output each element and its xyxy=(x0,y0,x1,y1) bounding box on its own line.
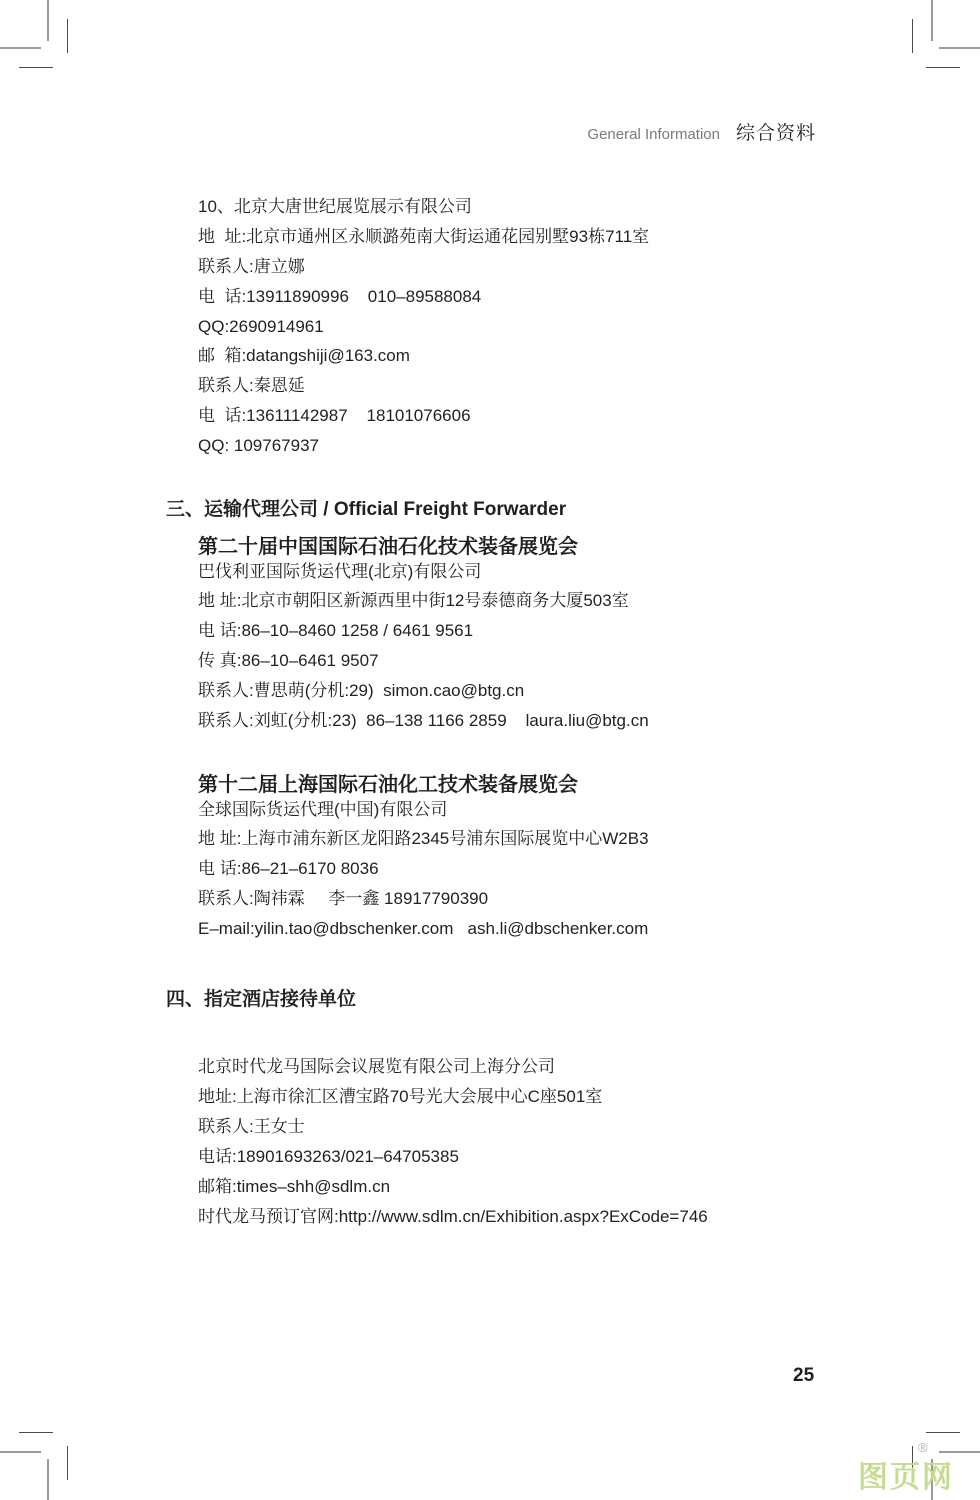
contact-line: 联系人:秦恩延 xyxy=(198,375,305,397)
email-line: E–mail:yilin.tao@dbschenker.com ash.li@d… xyxy=(198,918,648,940)
crop-mark xyxy=(19,1432,53,1433)
company-name: 10、北京大唐世纪展览展示有限公司 xyxy=(198,196,472,218)
exhibition-heading: 第二十届中国国际石油石化技术装备展览会 xyxy=(198,530,578,559)
crop-mark xyxy=(47,1459,49,1500)
website-line: 时代龙马预订官网:http://www.sdlm.cn/Exhibition.a… xyxy=(198,1206,708,1228)
phone-line: 电 话:13911890996 010–89588084 xyxy=(198,286,481,308)
crop-mark xyxy=(931,0,933,41)
phone-line: 电话:18901693263/021–64705385 xyxy=(198,1146,459,1168)
phone-line: 电 话:86–21–6170 8036 xyxy=(198,858,379,880)
header-english: General Information xyxy=(587,126,720,143)
contact-line: 联系人:曹思萌(分机:29) simon.cao@btg.cn xyxy=(198,680,524,702)
crop-mark xyxy=(912,19,913,53)
crop-mark xyxy=(939,47,980,49)
contact-line: 联系人:王女士 xyxy=(198,1116,305,1138)
contact-line: 联系人:陶祎霖 李一鑫 18917790390 xyxy=(198,888,488,910)
address-line: 地址:上海市徐汇区漕宝路70号光大会展中心C座501室 xyxy=(198,1086,602,1108)
section-title-hotel: 四、指定酒店接待单位 xyxy=(166,984,356,1011)
phone-line: 电 话:86–10–8460 1258 / 6461 9561 xyxy=(198,620,473,642)
address-line: 地 址:北京市朝阳区新源西里中街12号泰德商务大厦503室 xyxy=(198,590,629,612)
fax-line: 传 真:86–10–6461 9507 xyxy=(198,650,379,672)
contact-line: 联系人:刘虹(分机:23) 86–138 1166 2859 laura.liu… xyxy=(198,710,649,732)
watermark-logo: 图页网 xyxy=(858,1452,954,1496)
phone-line: 电 话:13611142987 18101076606 xyxy=(198,405,471,427)
qq-line: QQ: 109767937 xyxy=(198,435,319,457)
crop-mark xyxy=(0,1451,41,1453)
crop-mark xyxy=(19,67,53,68)
address-line: 地 址:上海市浦东新区龙阳路2345号浦东国际展览中心W2B3 xyxy=(198,828,649,850)
exhibition-heading: 第十二届上海国际石油化工技术装备展览会 xyxy=(198,768,578,797)
crop-mark xyxy=(67,1446,68,1480)
crop-mark xyxy=(67,19,68,53)
running-header: General Information 综合资料 xyxy=(587,118,816,145)
section-title-freight: 三、运输代理公司 / Official Freight Forwarder xyxy=(166,494,566,521)
crop-mark xyxy=(926,67,960,68)
company-name: 巴伐利亚国际货运代理(北京)有限公司 xyxy=(198,561,481,583)
address-line: 地 址:北京市通州区永顺潞苑南大街运通花园别墅93栋711室 xyxy=(198,226,649,248)
company-name: 全球国际货运代理(中国)有限公司 xyxy=(198,799,447,821)
crop-mark xyxy=(926,1432,960,1433)
header-chinese: 综合资料 xyxy=(736,118,816,145)
company-name: 北京时代龙马国际会议展览有限公司上海分公司 xyxy=(198,1056,555,1078)
email-line: 邮 箱:datangshiji@163.com xyxy=(198,345,410,367)
page-number: 25 xyxy=(793,1365,814,1387)
qq-line: QQ:2690914961 xyxy=(198,316,324,338)
crop-mark xyxy=(0,47,41,49)
contact-line: 联系人:唐立娜 xyxy=(198,256,305,278)
crop-mark xyxy=(47,0,49,41)
registered-mark-icon: ® xyxy=(918,1440,928,1455)
email-line: 邮箱:times–shh@sdlm.cn xyxy=(198,1176,390,1198)
